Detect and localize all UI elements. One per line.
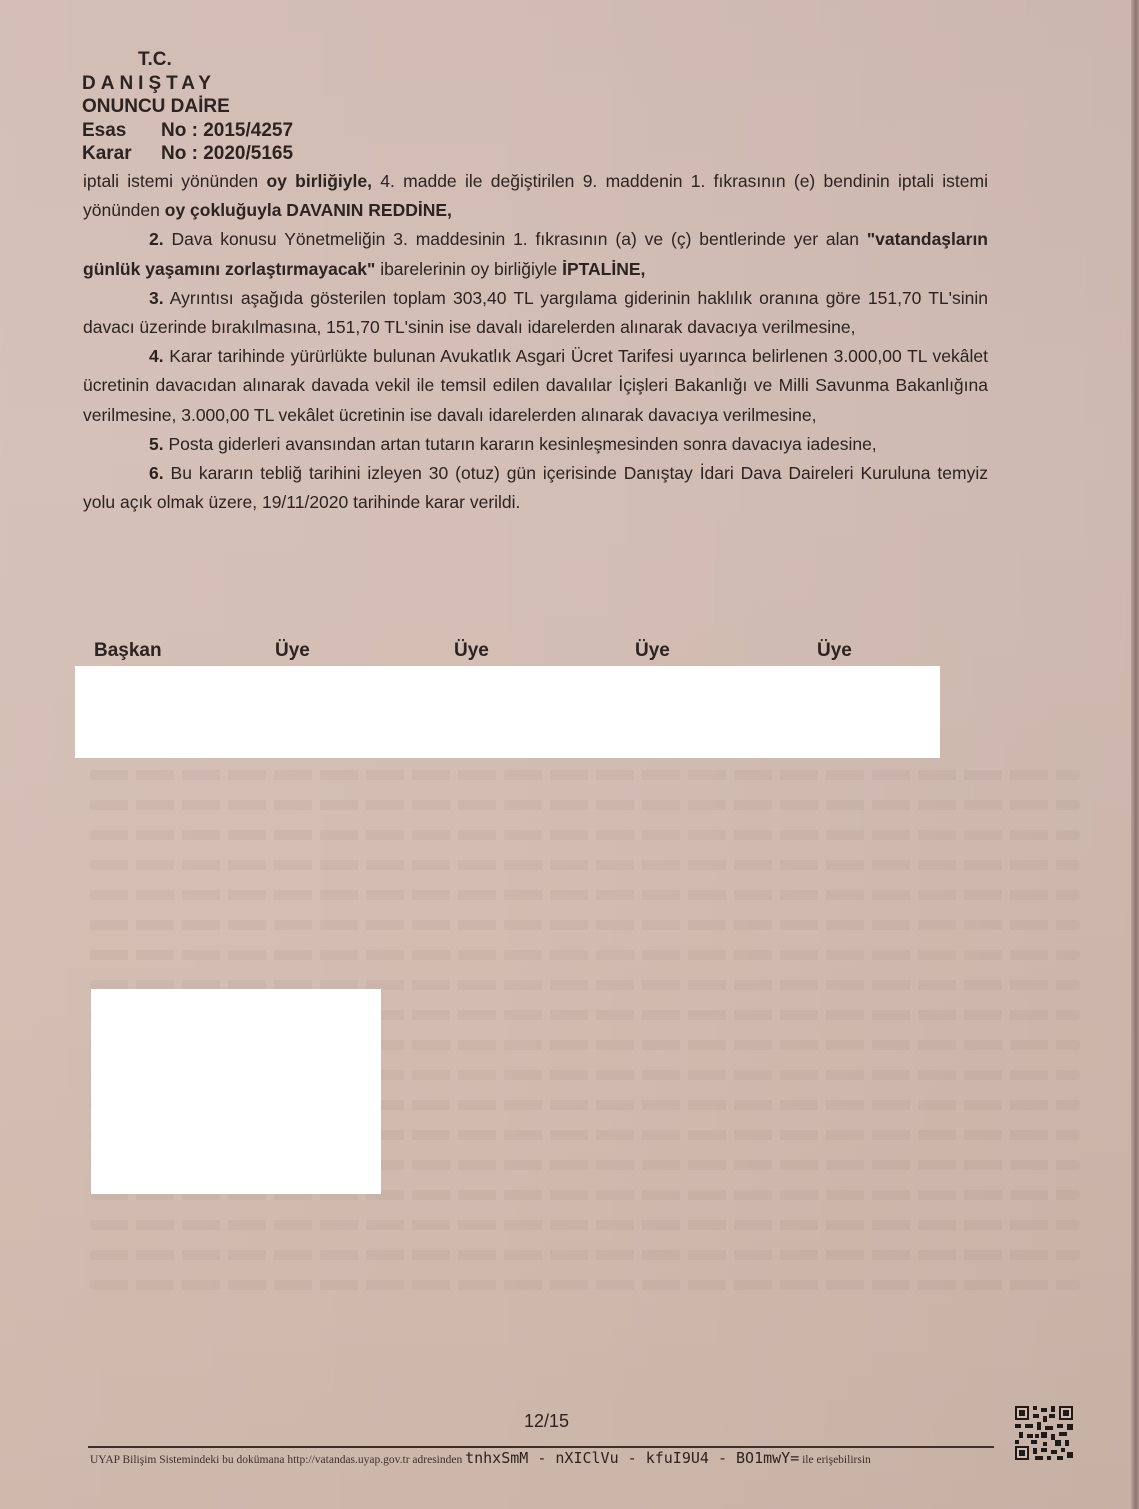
paragraph-2: 2. Dava konusu Yönetmeliğin 3. maddesini… [83, 225, 988, 283]
p4-text: Karar tarihinde yürürlükte bulunan Avuka… [83, 346, 988, 424]
p5-text: Posta giderleri avansından artan tutarın… [164, 434, 877, 454]
p1-text-a: iptali istemi yönünden [83, 171, 266, 191]
p2-number: 2. [149, 229, 164, 249]
p3-text: Ayrıntısı aşağıda gösterilen toplam 303,… [83, 288, 988, 337]
qr-code-icon [1015, 1406, 1073, 1460]
p2-text-b: ibarelerinin oy birliğiyle [375, 259, 562, 279]
karar-label: Karar [82, 142, 161, 166]
p3-number: 3. [149, 288, 164, 308]
court-name: DANIŞTAY [82, 72, 293, 96]
document-header: T.C. DANIŞTAY ONUNCU DAİRE Esas No : 201… [82, 48, 293, 166]
p6-text: Bu kararın tebliğ tarihini izleyen 30 (o… [83, 463, 988, 512]
p4-number: 4. [149, 346, 164, 366]
footer-prefix: UYAP Bilişim Sistemindeki bu dokümana ht… [90, 1454, 462, 1466]
footer-suffix: ile erişebilirsin [802, 1454, 871, 1466]
verification-code: tnhxSmM - nXIClVu - kfuI9U4 - BO1mwY= [465, 1449, 799, 1467]
p1-bold-b: oy çokluğuyla DAVANIN REDDİNE, [165, 200, 452, 220]
republic-abbrev: T.C. [82, 48, 293, 72]
p1-bold-a: oy birliğiyle, [266, 171, 372, 191]
p6-number: 6. [149, 463, 164, 483]
esas-row: Esas No : 2015/4257 [82, 119, 293, 143]
p2-text-a: Dava konusu Yönetmeliğin 3. maddesinin 1… [164, 229, 867, 249]
signature-title-president: Başkan [94, 640, 162, 662]
signature-title-member: Üye [454, 640, 489, 662]
karar-row: Karar No : 2020/5165 [82, 142, 293, 166]
decision-body: iptali istemi yönünden oy birliğiyle, 4.… [83, 167, 988, 517]
paragraph-1: iptali istemi yönünden oy birliğiyle, 4.… [83, 167, 988, 225]
uyap-footer: UYAP Bilişim Sistemindeki bu dokümana ht… [90, 1449, 871, 1467]
footer-divider [88, 1446, 994, 1448]
esas-number: No : 2015/4257 [161, 119, 293, 143]
signature-title-member: Üye [635, 640, 670, 662]
page-number: 12/15 [524, 1411, 569, 1432]
p2-bold-b: İPTALİNE, [562, 259, 645, 279]
page-edge-shadow [1131, 0, 1139, 1509]
signature-title-member: Üye [275, 640, 310, 662]
redaction-block [91, 989, 381, 1194]
paragraph-6: 6. Bu kararın tebliğ tarihini izleyen 30… [83, 459, 988, 517]
signature-title-member: Üye [817, 640, 852, 662]
karar-number: No : 2020/5165 [161, 142, 293, 166]
p5-number: 5. [149, 434, 164, 454]
paragraph-4: 4. Karar tarihinde yürürlükte bulunan Av… [83, 342, 988, 430]
chamber-name: ONUNCU DAİRE [82, 95, 293, 119]
paragraph-3: 3. Ayrıntısı aşağıda gösterilen toplam 3… [83, 284, 988, 342]
paragraph-5: 5. Posta giderleri avansından artan tuta… [83, 430, 988, 459]
redaction-signatures [75, 666, 940, 758]
esas-label: Esas [82, 119, 161, 143]
